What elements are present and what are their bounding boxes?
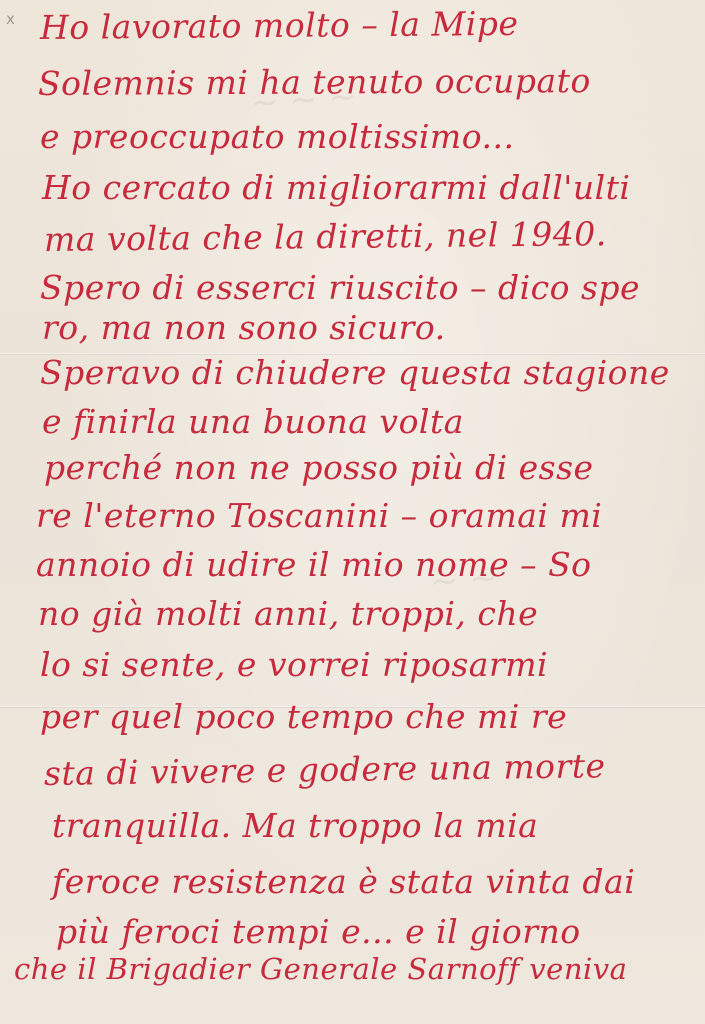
letter-line: Solemnis mi ha tenuto occupato	[38, 61, 591, 103]
letter-line: no già molti anni, troppi, che	[38, 594, 538, 633]
letter-line: annoio di udire il mio nome – So	[36, 545, 592, 584]
letter-line: che il Brigadier Generale Sarnoff veniva	[14, 952, 627, 986]
letter-line: lo si sente, e vorrei riposarmi	[40, 645, 548, 684]
letter-line: e finirla una buona volta	[42, 402, 464, 441]
letter-line: tranquilla. Ma troppo la mia	[52, 806, 538, 845]
letter-line: ma volta che la diretti, nel 1940.	[44, 214, 607, 259]
letter-line: e preoccupato moltissimo...	[40, 117, 514, 156]
letter-line: Speravo di chiudere questa stagione	[40, 353, 670, 392]
letter-line: perché non ne posso più di esse	[44, 448, 594, 487]
letter-line: per quel poco tempo che mi re	[40, 697, 567, 736]
letter-line: ro, ma non sono sicuro.	[42, 308, 446, 347]
letter-line: Ho cercato di migliorarmi dall'ulti	[42, 168, 630, 207]
letter-line: Ho lavorato molto – la Mipe	[40, 4, 519, 47]
letter-line: feroce resistenza è stata vinta dai	[52, 862, 635, 901]
margin-mark: x	[6, 10, 15, 28]
letter-line: re l'eterno Toscanini – oramai mi	[36, 496, 602, 535]
letter-line: sta di vivere e godere una morte	[44, 746, 606, 793]
letter-line: più feroci tempi e... e il giorno	[56, 912, 581, 951]
letter-page: ~ ~ ~ ~ ~ x Ho lavorato molto – la Mipe …	[0, 0, 705, 1024]
letter-line: Spero di esserci riuscito – dico spe	[40, 268, 640, 307]
